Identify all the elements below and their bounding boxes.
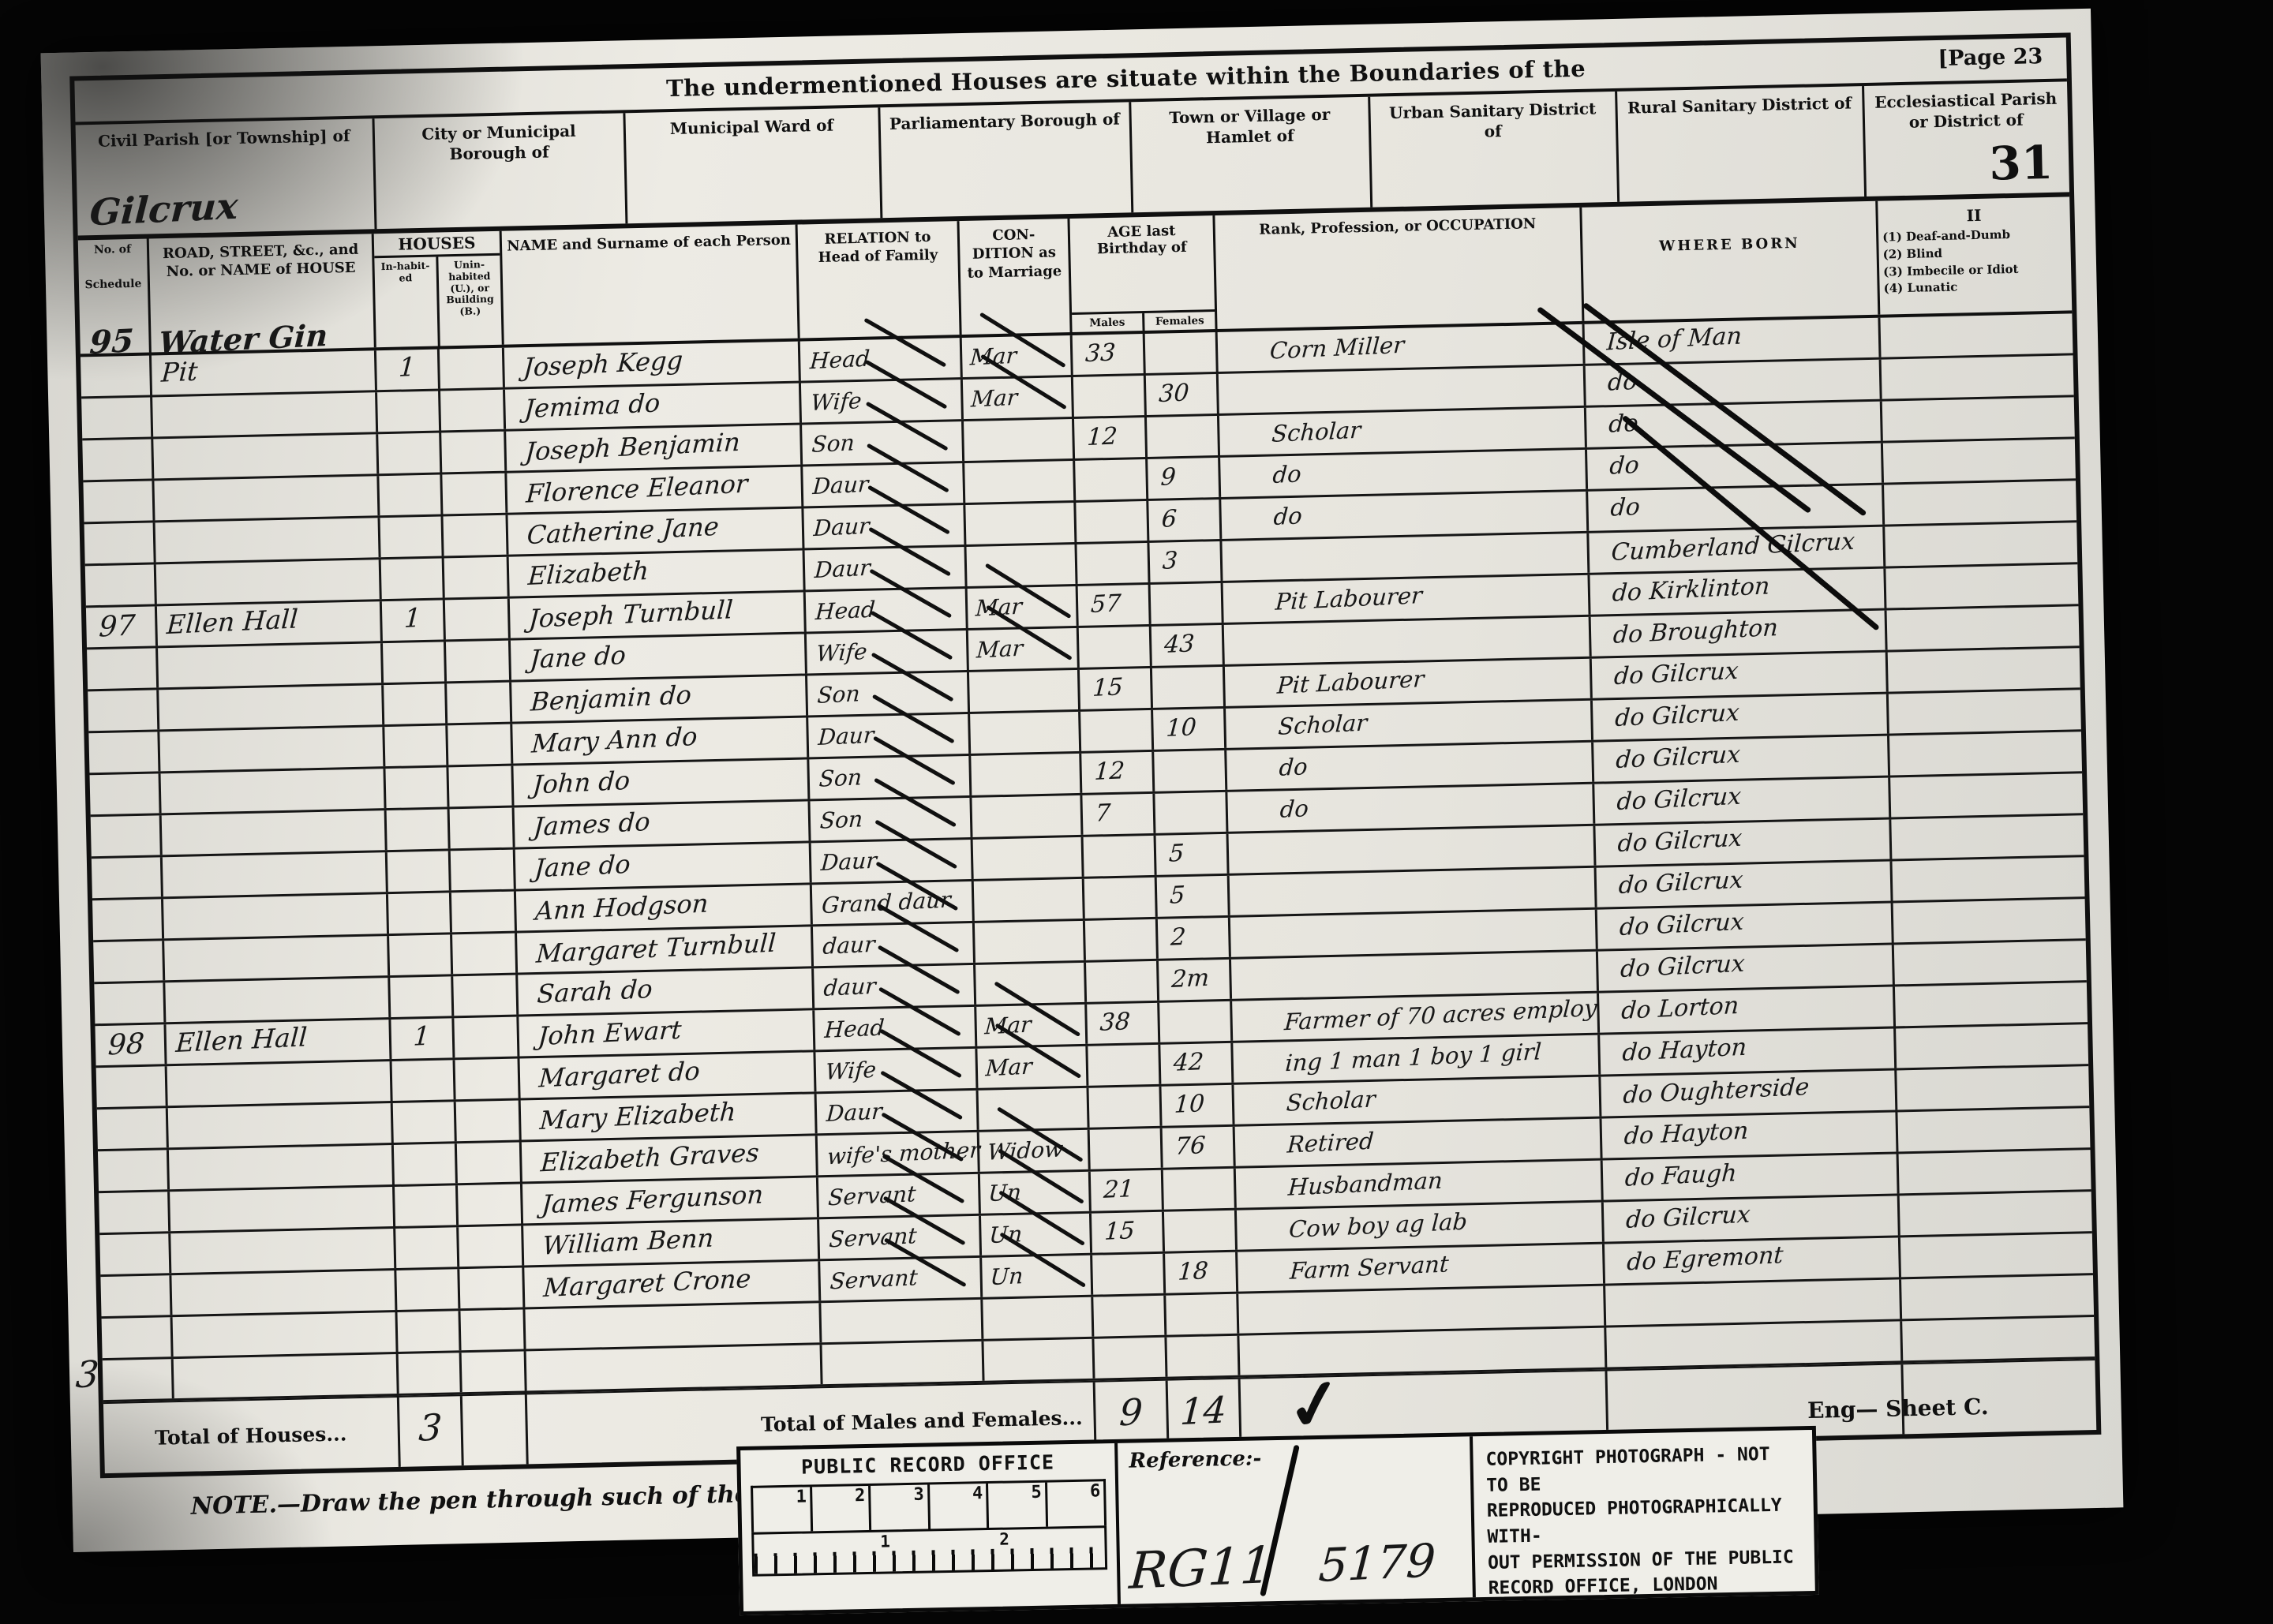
cell-where-born-value: do	[1608, 451, 1639, 481]
pro-stamp: PUBLIC RECORD OFFICE 1 2 3 4 5 6 1 2 Ref…	[736, 1426, 1819, 1615]
cell-condition	[979, 1088, 1090, 1130]
cell-age-male: 12	[1074, 417, 1148, 458]
cell-person-name: Benjamin do	[511, 675, 808, 721]
cell-occupation	[1219, 366, 1586, 413]
cell-person-name: Margaret Turnbull	[517, 926, 814, 972]
cell-houses-inhabited	[378, 432, 442, 473]
cell-relation-value: Wife	[815, 638, 867, 667]
cell-where-born-value: do Gilcrux	[1616, 783, 1743, 816]
cell-relation-value: Head	[814, 597, 876, 626]
cell-occupation-value: Corn Miller	[1269, 331, 1405, 365]
cell-road-name	[154, 476, 380, 520]
cell-houses-uninhabited	[455, 1058, 521, 1099]
cell-houses-uninhabited	[462, 1351, 527, 1392]
cell-road-name	[162, 810, 388, 855]
reference-piece: 5179	[1317, 1533, 1437, 1592]
cell-houses-inhabited	[399, 1353, 462, 1394]
cell-houses-uninhabited	[451, 892, 517, 933]
census-rows: Pit1Joseph KeggHeadMar33Corn MillerIsle …	[81, 313, 2095, 1402]
cell-where-born-value: do Gilcrux	[1620, 950, 1746, 983]
pro-office-title: PUBLIC RECORD OFFICE	[750, 1450, 1105, 1480]
cell-road-name	[173, 1312, 399, 1356]
cell-condition: Mar	[976, 1005, 1088, 1046]
cell-where-born-value: do Gilcrux	[1617, 825, 1743, 858]
cell-age-female: 76	[1163, 1127, 1236, 1168]
cell-age-female: 10	[1161, 1085, 1234, 1126]
cell-where-born: do Gilcrux	[1593, 694, 1889, 740]
cell-person-name: Jemima do	[505, 384, 802, 429]
cell-where-born: do Gilcrux	[1593, 736, 1890, 782]
pro-stamp-copyright-section: COPYRIGHT PHOTOGRAPH - NOT TO BE REPRODU…	[1473, 1430, 1815, 1597]
municipal-borough-cell: City or Municipal Borough of	[374, 113, 627, 229]
cell-houses-uninhabited	[459, 1267, 525, 1308]
copyright-line: COPYRIGHT PHOTOGRAPH - NOT TO BE	[1485, 1441, 1800, 1499]
cell-houses-uninhabited	[447, 724, 513, 765]
cell-infirmity	[1887, 606, 2080, 649]
cell-occupation: Farmer of 70 acres employ	[1232, 993, 1600, 1041]
cell-occupation-value: ing 1 man 1 boy 1 girl	[1285, 1038, 1543, 1076]
cell-relation: daur	[814, 965, 976, 1008]
cell-houses-uninhabited	[444, 557, 510, 598]
cell-houses-uninhabited	[447, 683, 512, 724]
header-schedule: No. of Schedule 95	[78, 238, 152, 354]
cell-person-name-value: William Benn	[541, 1223, 714, 1261]
cell-age-female-value: 10	[1166, 713, 1197, 743]
cell-relation-value: Daur	[818, 722, 875, 750]
cell-age-female-value: 2	[1170, 923, 1186, 952]
cell-condition: Mar	[968, 586, 1079, 628]
cell-age-female-value: 43	[1163, 630, 1195, 659]
cell-occupation: do	[1227, 784, 1595, 832]
cell-where-born: do Lorton	[1599, 986, 1896, 1032]
cell-age-female-value: 18	[1178, 1257, 1209, 1286]
cell-relation: Son	[802, 421, 964, 464]
cell-where-born-value: Cumberland Gilcrux	[1610, 528, 1855, 567]
cell-relation: Servant	[820, 1258, 983, 1300]
cell-condition	[974, 879, 1085, 921]
cell-schedule-number	[92, 857, 163, 898]
cell-age-female	[1164, 1211, 1238, 1252]
cell-person-name-value: Margaret Turnbull	[535, 928, 777, 969]
cell-houses-uninhabited	[459, 1225, 524, 1267]
cell-occupation: ing 1 man 1 boy 1 girl	[1233, 1035, 1601, 1083]
cell-relation-value: Daur	[820, 848, 878, 876]
cell-relation-value: Son	[818, 764, 863, 792]
cell-road-name	[168, 1103, 394, 1147]
cell-relation: Daur	[803, 463, 965, 506]
cell-relation-value: Daur	[826, 1098, 883, 1127]
total-males-value: 9	[1118, 1390, 1144, 1434]
cell-person-name: Jane do	[515, 843, 812, 889]
header-relation-label: RELATION to Head of Family	[818, 229, 938, 267]
photographed-census-page: The undermentioned Houses are situate wi…	[0, 0, 2273, 1624]
cell-schedule-number	[94, 982, 166, 1023]
cell-where-born-value: do Gilcrux	[1619, 908, 1745, 941]
cell-schedule-number	[97, 1108, 169, 1149]
cell-person-name-value: Mary Elizabeth	[539, 1096, 737, 1136]
cell-age-female: 10	[1153, 709, 1226, 750]
cell-houses-inhabited	[397, 1311, 461, 1352]
cell-condition: Un	[981, 1214, 1092, 1255]
cell-infirmity	[1890, 773, 2083, 817]
cell-road-name: Ellen Hall	[157, 601, 383, 645]
cell-occupation-value: do	[1279, 753, 1309, 781]
cell-condition	[964, 419, 1075, 461]
cell-schedule-number-value: 98	[107, 1027, 145, 1061]
sheet-label: Eng— Sheet C.	[1807, 1394, 1989, 1424]
cell-person-name: John do	[513, 759, 810, 805]
page-number: [Page 23	[1938, 44, 2043, 71]
cell-relation: Servant	[819, 1216, 982, 1259]
cell-relation: wife's mother	[818, 1132, 980, 1175]
ruler-inch-scale: 1 2	[751, 1525, 1107, 1577]
cell-person-name-value: Joseph Turnbull	[528, 594, 734, 634]
cell-condition	[966, 544, 1077, 586]
cell-relation: Daur	[811, 840, 974, 882]
cell-infirmity	[1891, 815, 2084, 859]
municipal-borough-label: City or Municipal Borough of	[421, 122, 576, 163]
cell-age-male-value: 12	[1086, 422, 1118, 451]
cell-relation-value: Grand daur	[821, 887, 952, 919]
cell-age-female: 2	[1158, 918, 1231, 959]
cell-where-born: do Gilcrux	[1604, 1196, 1900, 1241]
pro-stamp-ruler-section: PUBLIC RECORD OFFICE 1 2 3 4 5 6 1 2	[740, 1443, 1121, 1611]
cell-condition	[969, 670, 1080, 712]
parliamentary-borough-label: Parliamentary Borough of	[889, 110, 1120, 133]
cell-person-name-value: Elizabeth Graves	[540, 1138, 760, 1178]
header-relation: RELATION to Head of Family	[798, 221, 962, 338]
cell-condition-value: Mar	[969, 342, 1017, 371]
cell-relation: Daur	[805, 547, 968, 589]
cell-relation: Son	[807, 672, 970, 715]
cell-road-name: Pit	[152, 350, 377, 395]
cell-condition: Mar	[977, 1046, 1088, 1088]
cell-condition	[975, 921, 1086, 963]
cell-road-name	[164, 936, 390, 980]
cell-road-name	[155, 518, 381, 562]
cell-occupation: Farm Servant	[1238, 1244, 1605, 1292]
cell-condition: Mar	[962, 335, 1073, 377]
cell-road-name	[165, 978, 391, 1022]
cell-relation: Head	[800, 338, 963, 380]
cell-road-name	[174, 1354, 399, 1398]
cell-infirmity	[1896, 1024, 2088, 1068]
header-houses-group: HOUSES In-habit-ed Unin-habited (U.), or…	[374, 231, 504, 347]
cell-occupation-value: Scholar	[1286, 1085, 1376, 1116]
cell-road-name-value: Pit	[160, 356, 198, 388]
cell-condition-value: Mar	[970, 384, 1018, 413]
copyright-line: RECORD OFFICE, LONDON	[1488, 1570, 1803, 1602]
cell-age-female	[1166, 1294, 1239, 1335]
header-road: ROAD, STREET, &c., and No. or NAME of HO…	[149, 234, 376, 352]
cell-houses-uninhabited	[445, 599, 511, 640]
header-name-label: NAME and Surname of each Person	[507, 232, 791, 255]
cell-occupation-value: do	[1272, 460, 1302, 488]
civil-parish-cell: Civil Parish [or Township] of Gilcrux	[76, 118, 377, 235]
cell-person-name: Mary Ann do	[512, 717, 809, 763]
cell-age-male-value: 21	[1103, 1175, 1134, 1204]
header-schedule-bottom: Schedule	[83, 277, 144, 293]
cell-relation-value: Wife	[810, 387, 862, 416]
cell-person-name-value: Joseph Kegg	[522, 345, 683, 382]
rural-sanitary-cell: Rural Sanitary District of	[1617, 86, 1867, 202]
cell-where-born-value: do Oughterside	[1623, 1073, 1811, 1109]
cell-age-female	[1166, 1336, 1240, 1377]
cell-schedule-number	[100, 1275, 172, 1316]
cell-condition-value: Mar	[975, 635, 1024, 664]
cell-occupation: Scholar	[1234, 1077, 1601, 1124]
cell-infirmity	[1894, 941, 2087, 984]
municipal-ward-cell: Municipal Ward of	[625, 107, 882, 223]
cell-infirmity	[1882, 355, 2074, 399]
cell-houses-inhabited	[384, 725, 448, 766]
pro-stamp-reference-section: Reference:- RG11 5179	[1118, 1436, 1476, 1604]
cell-age-male	[1075, 459, 1148, 500]
cell-where-born-value: do Gilcrux	[1613, 657, 1739, 690]
ruler-inch-mark: 1	[880, 1532, 890, 1551]
cell-person-name-value: Jane do	[534, 849, 631, 884]
cell-condition	[973, 837, 1084, 879]
cell-houses-inhabited	[377, 391, 441, 432]
cell-person-name-value: Ann Hodgson	[534, 889, 710, 926]
cell-where-born-value: do Egremont	[1626, 1241, 1784, 1276]
cell-condition-value: Un	[990, 1263, 1024, 1290]
cell-road-name	[159, 685, 384, 729]
cell-where-born-value: do Hayton	[1623, 1117, 1750, 1151]
cell-houses-uninhabited	[460, 1309, 526, 1350]
cell-relation: Grand daur	[812, 881, 975, 924]
cell-occupation-value: Pit Labourer	[1275, 582, 1423, 616]
cell-houses-uninhabited	[453, 975, 519, 1016]
cell-infirmity	[1880, 313, 2073, 357]
ruler-cm-mark: 5	[988, 1483, 1048, 1528]
cell-person-name-value: James Fergunson	[541, 1179, 764, 1219]
cell-person-name-value: Catherine Jane	[526, 511, 720, 550]
cell-road-name-value: Ellen Hall	[175, 1021, 309, 1058]
cell-schedule-number	[81, 355, 152, 396]
cell-relation-value: Head	[824, 1014, 886, 1043]
cell-condition	[971, 754, 1082, 795]
cell-age-female-value: 10	[1174, 1090, 1205, 1119]
cell-person-name: Ann Hodgson	[516, 885, 813, 930]
total-houses-value-cell: 3	[399, 1396, 464, 1467]
cell-schedule-number	[102, 1317, 174, 1358]
cell-occupation: Scholar	[1226, 701, 1593, 748]
civil-parish-label: Civil Parish [or Township] of	[98, 126, 350, 151]
cell-condition	[970, 712, 1081, 754]
cell-age-male	[1079, 627, 1152, 668]
cell-relation: Wife	[801, 380, 964, 422]
cell-houses-inhabited	[389, 934, 453, 975]
cell-houses-inhabited: 1	[376, 349, 440, 390]
cell-relation: Daur	[817, 1091, 979, 1133]
cell-where-born: do	[1586, 360, 1882, 406]
cell-schedule-number	[96, 1066, 168, 1107]
cell-age-female	[1152, 667, 1226, 708]
header-uninhabited: Unin-habited (U.), or Building (B.)	[438, 256, 501, 346]
cell-condition	[975, 963, 1087, 1005]
census-sheet: The undermentioned Houses are situate wi…	[41, 9, 2124, 1552]
cell-schedule-number: 98	[95, 1024, 167, 1065]
cell-relation: Son	[810, 798, 972, 840]
cell-where-born-value: do Lorton	[1620, 992, 1739, 1025]
census-form: The undermentioned Houses are situate wi…	[69, 32, 2101, 1478]
header-infirmity: II (1) Deaf-and-Dumb (2) Blind (3) Imbec…	[1878, 196, 2072, 314]
cell-occupation: Pit Labourer	[1225, 659, 1593, 706]
cell-infirmity	[1883, 439, 2076, 482]
cell-infirmity	[1897, 1066, 2089, 1109]
cell-relation-value: Daur	[814, 555, 871, 583]
cell-houses-inhabited	[396, 1269, 460, 1310]
cell-where-born: do Gilcrux	[1595, 820, 1892, 866]
cell-infirmity	[1899, 1150, 2091, 1193]
cell-age-male: 38	[1087, 1003, 1160, 1044]
cell-age-female: 30	[1146, 374, 1219, 415]
cell-person-name-value: John do	[532, 765, 631, 800]
cell-occupation: Husbandman	[1236, 1161, 1604, 1208]
cell-where-born: do Oughterside	[1601, 1070, 1897, 1116]
cell-road-name	[170, 1229, 396, 1273]
cell-occupation: do	[1226, 743, 1594, 790]
cell-schedule-number	[88, 690, 159, 731]
cell-age-male	[1084, 877, 1158, 919]
cell-age-female	[1163, 1169, 1237, 1210]
cell-occupation-value: do	[1279, 795, 1309, 823]
cell-schedule-number: 97	[86, 606, 158, 647]
cell-schedule-number	[90, 773, 162, 814]
cell-where-born: Cumberland Gilcrux	[1589, 527, 1885, 573]
urban-sanitary-label: Urban Sanitary District of	[1389, 99, 1597, 140]
cell-age-female: 6	[1148, 500, 1222, 541]
cell-road-name	[156, 559, 382, 604]
cell-houses-inhabited	[383, 642, 447, 683]
cell-person-name: Jane do	[511, 634, 807, 679]
cell-relation-value: Head	[809, 346, 871, 375]
cell-infirmity	[1888, 648, 2080, 691]
town-village-cell: Town or Village or Hamlet of	[1131, 97, 1372, 213]
cell-schedule-number	[99, 1192, 170, 1233]
cell-relation-value: Son	[819, 806, 863, 834]
cell-condition: Mar	[963, 377, 1074, 419]
cell-age-female	[1155, 792, 1228, 833]
cell-where-born-value: do Gilcrux	[1625, 1201, 1751, 1234]
cell-where-born: do Hayton	[1601, 1112, 1898, 1158]
cell-houses-inhabited	[395, 1185, 459, 1226]
cell-age-female-value: 9	[1160, 463, 1177, 492]
cell-person-name: Sarah do	[518, 968, 814, 1014]
cell-age-male	[1092, 1254, 1166, 1295]
cell-schedule-number	[91, 815, 163, 856]
cell-infirmity	[1897, 1108, 2090, 1151]
cell-occupation	[1231, 952, 1599, 999]
cell-relation: Wife	[815, 1049, 978, 1091]
cell-houses-uninhabited	[457, 1142, 522, 1183]
cell-houses-inhabited	[384, 683, 447, 724]
cell-infirmity	[1900, 1233, 2093, 1277]
cell-person-name-value: Mary Ann do	[530, 721, 698, 759]
cell-person-name: Joseph Turnbull	[510, 592, 807, 638]
cell-where-born-value: do Broughton	[1612, 614, 1779, 649]
cell-houses-uninhabited	[446, 641, 511, 682]
cell-condition	[964, 461, 1076, 503]
cell-occupation	[1222, 533, 1590, 581]
cell-road-name: Ellen Hall	[166, 1020, 391, 1064]
cell-houses-uninhabited	[442, 473, 507, 515]
cell-age-female: 5	[1156, 834, 1230, 875]
cell-relation-value: Daur	[813, 513, 871, 541]
cell-occupation	[1230, 910, 1598, 957]
cell-person-name-value: Margaret do	[538, 1056, 701, 1093]
cell-person-name: Margaret do	[520, 1052, 817, 1098]
cell-relation-value: Servant	[829, 1264, 919, 1294]
cell-age-male: 15	[1092, 1212, 1165, 1253]
cell-infirmity	[1889, 690, 2081, 733]
cell-age-male: 33	[1073, 334, 1146, 375]
cell-age-male	[1090, 1128, 1163, 1169]
reference-label: Reference:-	[1129, 1446, 1261, 1472]
cell-person-name-value: Jane do	[529, 640, 627, 675]
cell-age-female-value: 3	[1162, 547, 1178, 575]
cell-person-name: John Ewart	[519, 1010, 815, 1056]
cell-road-name	[153, 434, 379, 478]
cell-relation-value: Wife	[825, 1057, 877, 1085]
cell-person-name: Joseph Kegg	[504, 342, 801, 387]
cell-road-name	[163, 852, 388, 896]
cell-houses-inhabited	[393, 1102, 457, 1143]
cell-where-born-value: do Gilcrux	[1618, 866, 1744, 900]
cell-houses-inhabited	[388, 892, 452, 934]
cell-person-name: James Fergunson	[522, 1177, 819, 1223]
cell-occupation	[1230, 868, 1597, 915]
cell-occupation-value: Farm Servant	[1289, 1250, 1449, 1284]
cell-age-male	[1077, 543, 1150, 584]
header-age-females: Females	[1144, 312, 1215, 331]
cell-age-female	[1154, 750, 1227, 791]
cell-person-name-value: Elizabeth	[527, 556, 650, 591]
cell-age-male: 7	[1082, 794, 1155, 835]
cell-where-born-value: do Kirklinton	[1612, 572, 1771, 607]
cell-condition	[983, 1297, 1094, 1339]
cell-road-name-value: Ellen Hall	[166, 603, 299, 640]
cell-houses-inhabited	[385, 767, 449, 808]
header-inhabited: In-habit-ed	[374, 257, 440, 348]
cell-houses-inhabited-value: 1	[413, 1020, 431, 1052]
margin-total-mark: 3	[74, 1353, 100, 1396]
cell-houses-uninhabited	[458, 1184, 523, 1225]
reference-series: RG11	[1128, 1536, 1275, 1601]
cell-condition-value: Mar	[975, 593, 1023, 622]
cell-relation: Servant	[818, 1174, 981, 1217]
ecclesiastical-parish-cell: Ecclesiastical Parish or District of 31	[1864, 81, 2069, 196]
cell-person-name: Catherine Jane	[507, 508, 804, 554]
cell-age-male-value: 7	[1095, 799, 1111, 828]
cell-infirmity	[1889, 732, 2082, 775]
cell-person-name: Margaret Crone	[524, 1261, 821, 1307]
header-age-group: AGE last Birthday of Males Females	[1069, 215, 1217, 332]
header-where-born-label: WHERE BORN	[1659, 235, 1800, 255]
cell-infirmity	[1892, 857, 2084, 900]
header-condition-label: CON-DITION as to Marriage	[967, 226, 1062, 282]
cell-houses-inhabited-value: 1	[403, 602, 421, 634]
cell-occupation-value: Husbandman	[1287, 1167, 1444, 1201]
cell-age-male	[1076, 501, 1149, 542]
cell-age-male: 15	[1080, 668, 1153, 709]
cell-occupation-value: Farmer of 70 acres employ	[1283, 994, 1597, 1035]
cell-person-name: Elizabeth Graves	[522, 1136, 818, 1181]
cell-houses-uninhabited	[440, 390, 506, 431]
cell-occupation: do	[1221, 492, 1589, 539]
cell-where-born: do Gilcrux	[1597, 861, 1893, 907]
